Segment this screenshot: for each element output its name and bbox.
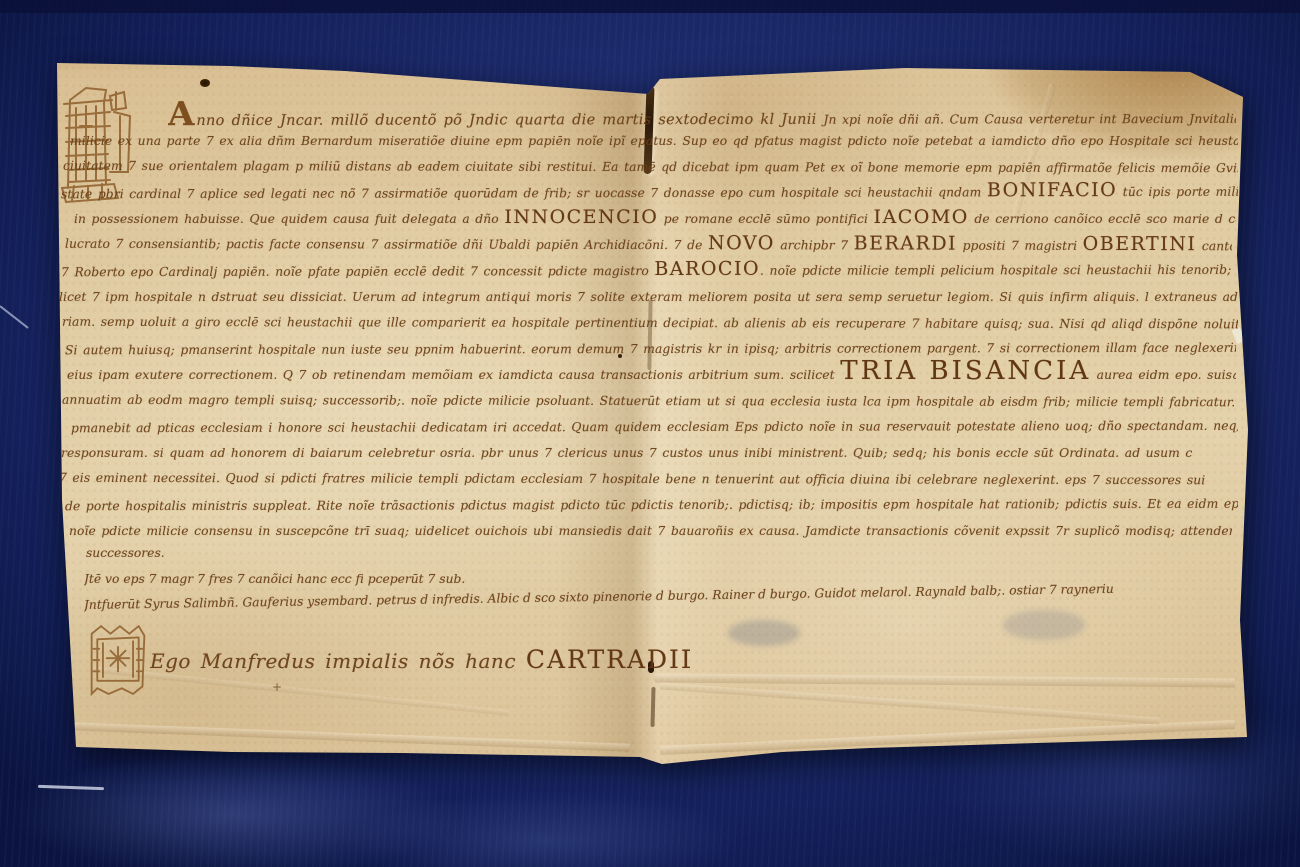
gray-smudge-stain — [1003, 610, 1085, 640]
text-segment: . noĩe pdicte milicie templi pelicium ho… — [760, 262, 1238, 277]
text-segment: cantoris dñi fulci dñi baldinorũ — [1196, 239, 1232, 253]
text-segment: responsuram. si quam ad honorem di baiar… — [61, 446, 1192, 460]
text-segment: IACOMO — [874, 206, 969, 228]
text-segment: licet 7 ipm hospitale n dstruat seu diss… — [59, 290, 1238, 304]
parchment-sheet: Anno dñice Jncar. millõ ducentõ põ Jndic… — [0, 0, 1300, 867]
text-segment: de porte hospitalis ministris suppleat. … — [65, 496, 1238, 513]
text-segment: aurea eidm epo. suisq; successorib; in f… — [1091, 368, 1236, 382]
text-segment: milicie ex una parte 7 ex alia dñm Berna… — [70, 134, 1238, 148]
cross-mark: + — [272, 680, 282, 694]
text-segment: NOVO — [708, 232, 775, 254]
notary-signum-castle-icon — [86, 622, 150, 700]
text-segment: pmanebit ad pticas ecclesiam i honore sc… — [71, 418, 1238, 435]
text-segment: 7 eis eminent necessitei. Quod si pdicti… — [59, 471, 1208, 488]
text-segment: pe romane ecclē sūmo pontifici — [658, 212, 873, 226]
text-segment: BAROCIO — [654, 258, 760, 280]
text-segment: 7 Roberto epo Cardinalj papiēn. noĩe pfa… — [61, 264, 654, 279]
charter-photograph: Anno dñice Jncar. millõ ducentõ põ Jndic… — [0, 0, 1300, 867]
text-segment: BERARDI — [854, 232, 957, 254]
text-segment: CARTRADIDI 7SCPSJ. — [526, 645, 690, 674]
text-segment: INNOCENCIO — [504, 206, 658, 228]
text-segment: eius ipam exutere correctionem. Q 7 ob r… — [67, 368, 840, 382]
fold-crease — [655, 673, 1235, 687]
gray-smudge-stain — [728, 620, 800, 646]
text-segment: de cerriono canõico ecclē sco marie d ce… — [969, 212, 1236, 226]
text-segment: archipbr 7 — [775, 238, 854, 252]
parchment-surface: Anno dñice Jncar. millõ ducentõ põ Jndic… — [0, 0, 1300, 867]
text-segment: Si autem huiusq; pmanserint hospitale nu… — [65, 340, 1236, 357]
text-segment: ppositi 7 magistri — [957, 239, 1083, 253]
fold-crease — [660, 683, 1159, 725]
text-segment: Jn xpi noĩe dñi añ. Cum Causa verteretur… — [823, 111, 1236, 126]
edge-highlight — [228, 59, 346, 67]
text-segment: Ego Manfredus impialis nõs hanc — [150, 649, 526, 673]
text-segment: state pbri cardinal 7 aplice sed legati … — [61, 185, 987, 201]
text-segment: ciuitatem 7 sue orientalem plagam p mili… — [63, 159, 1238, 176]
ink-blot — [200, 79, 210, 87]
text-segment: in possessionem habuisse. Que quidem cau… — [74, 212, 504, 226]
text-segment: annuatim ab eodm magro templi suisq; suc… — [62, 393, 1234, 410]
text-segment: riam. semp uoluit a giro ecclē sci heust… — [62, 315, 1238, 332]
text-segment: TRIA BISANCIA — [840, 358, 1091, 386]
text-segment: noĩe pdicte milicie consensu in suscepcõ… — [69, 524, 1232, 538]
text-segment: OBERTINI — [1083, 233, 1197, 255]
notary-signature-line: Ego Manfredus impialis nõs hanc CARTRADI… — [150, 640, 690, 686]
text-segment: tūc ipis porte milicie in lombardia magi… — [1117, 184, 1238, 199]
text-segment: lucrato 7 consensiantib; pactis facte co… — [65, 237, 708, 252]
text-segment: BONIFACIO — [987, 179, 1117, 201]
fold-tear-bottom — [650, 687, 655, 727]
fold-crease — [70, 722, 630, 751]
fold-crease — [660, 720, 1235, 755]
